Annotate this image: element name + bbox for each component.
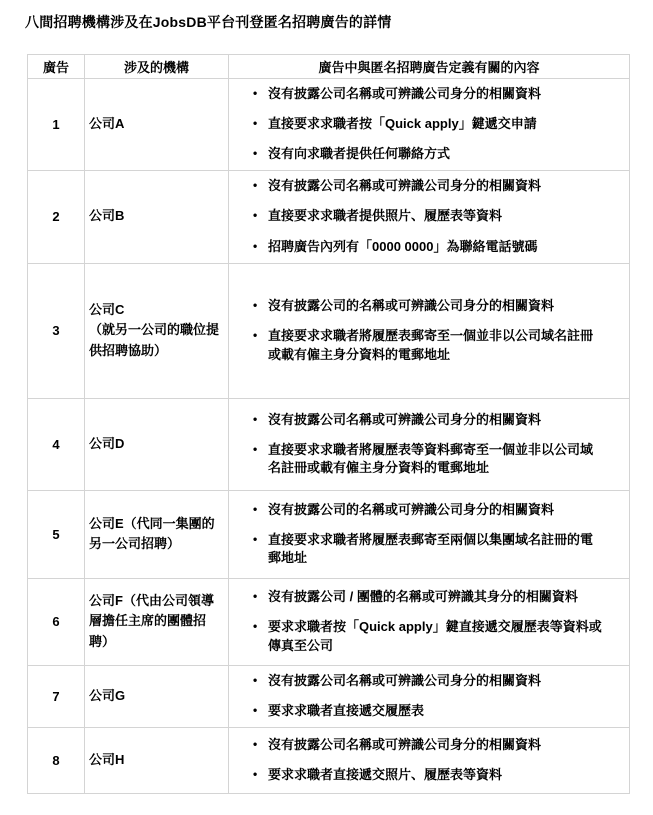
bullet-item: 直接要求求職者將履歷表郵寄至一個並非以公司域名註冊 或載有僱主身分資料的電郵地址 bbox=[253, 327, 619, 363]
bullet-list: 沒有披露公司的名稱或可辨識公司身分的相關資料 直接要求求職者將履歷表郵寄至一個並… bbox=[253, 297, 619, 364]
content-cell: 沒有披露公司的名稱或可辨識公司身分的相關資料 直接要求求職者將履歷表郵寄至兩個以… bbox=[229, 490, 630, 578]
content-cell: 沒有披露公司 / 團體的名稱或可辨識其身分的相關資料 要求求職者按「Quick … bbox=[229, 578, 630, 665]
table-row: 3 公司C （就另一公司的職位提 供招聘協助） 沒有披露公司的名稱或可辨識公司身… bbox=[28, 263, 630, 398]
table-row: 2 公司B 沒有披露公司名稱或可辨識公司身分的相關資料 直接要求求職者提供照片、… bbox=[28, 170, 630, 263]
ad-number: 8 bbox=[28, 727, 85, 793]
organization-name: 公司E（代同一集團的 另一公司招聘） bbox=[85, 490, 229, 578]
bullet-item: 沒有披露公司名稱或可辨識公司身分的相關資料 bbox=[253, 736, 619, 754]
organization-name: 公司G bbox=[85, 665, 229, 727]
bullet-item: 直接要求求職者將履歷表等資料郵寄至一個並非以公司域 名註冊或載有僱主身分資料的電… bbox=[253, 441, 619, 477]
bullet-list: 沒有披露公司名稱或可辨識公司身分的相關資料 直接要求求職者按「Quick app… bbox=[253, 85, 619, 164]
bullet-item: 沒有披露公司名稱或可辨識公司身分的相關資料 bbox=[253, 411, 619, 429]
content-cell: 沒有披露公司名稱或可辨識公司身分的相關資料 要求求職者直接遞交照片、履歷表等資料 bbox=[229, 727, 630, 793]
ad-number: 7 bbox=[28, 665, 85, 727]
ad-number: 6 bbox=[28, 578, 85, 665]
bullet-item: 要求求職者直接遞交履歷表 bbox=[253, 702, 619, 720]
table-row: 4 公司D 沒有披露公司名稱或可辨識公司身分的相關資料 直接要求求職者將履歷表等… bbox=[28, 398, 630, 490]
bullet-item: 要求求職者直接遞交照片、履歷表等資料 bbox=[253, 766, 619, 784]
content-cell: 沒有披露公司名稱或可辨識公司身分的相關資料 直接要求求職者按「Quick app… bbox=[229, 78, 630, 170]
content-cell: 沒有披露公司名稱或可辨識公司身分的相關資料 要求求職者直接遞交履歷表 bbox=[229, 665, 630, 727]
column-header-ad: 廣告 bbox=[28, 54, 85, 78]
bullet-item: 直接要求求職者按「Quick apply」鍵遞交申請 bbox=[253, 115, 619, 133]
table-row: 6 公司F（代由公司領導 層擔任主席的團體招 聘） 沒有披露公司 / 團體的名稱… bbox=[28, 578, 630, 665]
bullet-item: 直接要求求職者提供照片、履歷表等資料 bbox=[253, 207, 619, 225]
bullet-list: 沒有披露公司 / 團體的名稱或可辨識其身分的相關資料 要求求職者按「Quick … bbox=[253, 588, 619, 655]
table-row: 5 公司E（代同一集團的 另一公司招聘） 沒有披露公司的名稱或可辨識公司身分的相… bbox=[28, 490, 630, 578]
organization-name: 公司H bbox=[85, 727, 229, 793]
ad-number: 4 bbox=[28, 398, 85, 490]
table-row: 7 公司G 沒有披露公司名稱或可辨識公司身分的相關資料 要求求職者直接遞交履歷表 bbox=[28, 665, 630, 727]
table-header-row: 廣告 涉及的機構 廣告中與匿名招聘廣告定義有關的內容 bbox=[28, 54, 630, 78]
bullet-list: 沒有披露公司名稱或可辨識公司身分的相關資料 直接要求求職者將履歷表等資料郵寄至一… bbox=[253, 411, 619, 478]
bullet-item: 沒有披露公司名稱或可辨識公司身分的相關資料 bbox=[253, 177, 619, 195]
bullet-item: 沒有向求職者提供任何聯絡方式 bbox=[253, 145, 619, 163]
organization-name: 公司B bbox=[85, 170, 229, 263]
bullet-item: 招聘廣告內列有「0000 0000」為聯絡電話號碼 bbox=[253, 238, 619, 256]
organization-name: 公司A bbox=[85, 78, 229, 170]
table-row: 8 公司H 沒有披露公司名稱或可辨識公司身分的相關資料 要求求職者直接遞交照片、… bbox=[28, 727, 630, 793]
bullet-item: 沒有披露公司名稱或可辨識公司身分的相關資料 bbox=[253, 672, 619, 690]
ad-number: 2 bbox=[28, 170, 85, 263]
content-cell: 沒有披露公司名稱或可辨識公司身分的相關資料 直接要求求職者將履歷表等資料郵寄至一… bbox=[229, 398, 630, 490]
organization-name: 公司C （就另一公司的職位提 供招聘協助） bbox=[85, 263, 229, 398]
anonymous-ads-table: 廣告 涉及的機構 廣告中與匿名招聘廣告定義有關的內容 1 公司A 沒有披露公司名… bbox=[27, 54, 630, 794]
table-row: 1 公司A 沒有披露公司名稱或可辨識公司身分的相關資料 直接要求求職者按「Qui… bbox=[28, 78, 630, 170]
ad-number: 3 bbox=[28, 263, 85, 398]
ad-number: 5 bbox=[28, 490, 85, 578]
bullet-item: 沒有披露公司名稱或可辨識公司身分的相關資料 bbox=[253, 85, 619, 103]
bullet-list: 沒有披露公司名稱或可辨識公司身分的相關資料 直接要求求職者提供照片、履歷表等資料… bbox=[253, 177, 619, 256]
organization-name: 公司D bbox=[85, 398, 229, 490]
column-header-organization: 涉及的機構 bbox=[85, 54, 229, 78]
bullet-list: 沒有披露公司名稱或可辨識公司身分的相關資料 要求求職者直接遞交照片、履歷表等資料 bbox=[253, 736, 619, 784]
ad-number: 1 bbox=[28, 78, 85, 170]
bullet-item: 沒有披露公司的名稱或可辨識公司身分的相關資料 bbox=[253, 501, 619, 519]
organization-name: 公司F（代由公司領導 層擔任主席的團體招 聘） bbox=[85, 578, 229, 665]
bullet-list: 沒有披露公司的名稱或可辨識公司身分的相關資料 直接要求求職者將履歷表郵寄至兩個以… bbox=[253, 501, 619, 568]
bullet-item: 直接要求求職者將履歷表郵寄至兩個以集團域名註冊的電 郵地址 bbox=[253, 531, 619, 567]
bullet-item: 沒有披露公司 / 團體的名稱或可辨識其身分的相關資料 bbox=[253, 588, 619, 606]
page-title: 八間招聘機構涉及在JobsDB平台刊登匿名招聘廣告的詳情 bbox=[0, 0, 653, 32]
bullet-list: 沒有披露公司名稱或可辨識公司身分的相關資料 要求求職者直接遞交履歷表 bbox=[253, 672, 619, 720]
bullet-item: 要求求職者按「Quick apply」鍵直接遞交履歷表等資料或 傳真至公司 bbox=[253, 618, 619, 654]
content-cell: 沒有披露公司的名稱或可辨識公司身分的相關資料 直接要求求職者將履歷表郵寄至一個並… bbox=[229, 263, 630, 398]
bullet-item: 沒有披露公司的名稱或可辨識公司身分的相關資料 bbox=[253, 297, 619, 315]
document-page: 八間招聘機構涉及在JobsDB平台刊登匿名招聘廣告的詳情 廣告 涉及的機構 廣告… bbox=[0, 0, 653, 815]
content-cell: 沒有披露公司名稱或可辨識公司身分的相關資料 直接要求求職者提供照片、履歷表等資料… bbox=[229, 170, 630, 263]
column-header-content: 廣告中與匿名招聘廣告定義有關的內容 bbox=[229, 54, 630, 78]
